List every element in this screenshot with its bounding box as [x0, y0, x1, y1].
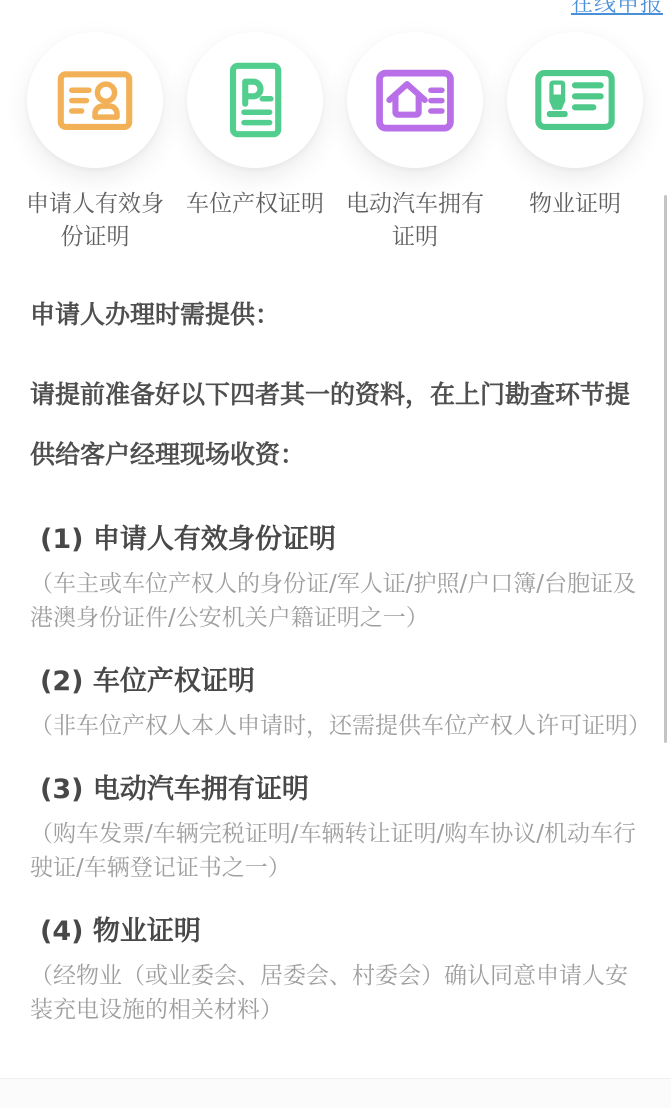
- section-property-cert: (4) 物业证明 （经物业（或业委会、居委会、村委会）确认同意申请人安装充电设施…: [30, 913, 643, 1027]
- icon-label-parking-ownership: 车位产权证明: [175, 188, 335, 254]
- section-applicant-id: (1) 申请人有效身份证明 （车主或车位产权人的身份证/军人证/护照/户口簿/台…: [30, 521, 643, 635]
- section-detail: （车主或车位产权人的身份证/军人证/护照/户口簿/台胞证及港澳身份证件/公安机关…: [30, 567, 643, 635]
- section-title: (1) 申请人有效身份证明: [30, 521, 643, 559]
- section-title: (4) 物业证明: [30, 913, 643, 951]
- section-detail: （购车发票/车辆完税证明/车辆转让证明/购车协议/机动车行驶证/车辆登记证书之一…: [30, 817, 643, 885]
- icon-label-property-cert: 物业证明: [495, 188, 655, 254]
- intro-paragraph-line2: 供给客户经理现场收资：: [30, 425, 643, 485]
- section-title: (2) 车位产权证明: [30, 663, 643, 701]
- certificate-label-row: 申请人有效身份证明 车位产权证明 电动汽车拥有证明 物业证明: [0, 188, 671, 254]
- icon-item-applicant-id[interactable]: [15, 32, 175, 168]
- charging-pile-card-icon[interactable]: [507, 32, 643, 168]
- section-detail: （经物业（或业委会、居委会、村委会）确认同意申请人安装充电设施的相关材料）: [30, 959, 643, 1027]
- intro-paragraph: 请提前准备好以下四者其一的资料，在上门勘查环节提 供给客户经理现场收资：: [30, 365, 643, 485]
- certificate-icon-row: [0, 0, 671, 168]
- icon-item-ev-ownership[interactable]: [335, 32, 495, 168]
- bottom-divider-strip: [0, 1078, 671, 1108]
- vertical-scrollbar[interactable]: [664, 195, 667, 743]
- icon-item-property-cert[interactable]: [495, 32, 655, 168]
- section-title: (3) 电动汽车拥有证明: [30, 771, 643, 809]
- icon-item-parking-ownership[interactable]: [175, 32, 335, 168]
- section-parking-ownership: (2) 车位产权证明 （非车位产权人本人申请时，还需提供车位产权人许可证明）: [30, 663, 643, 743]
- icon-label-ev-ownership: 电动汽车拥有证明: [335, 188, 495, 254]
- intro-heading: 申请人办理时需提供：: [30, 285, 643, 345]
- top-right-link[interactable]: 在线申报: [571, 0, 663, 18]
- house-card-icon[interactable]: [347, 32, 483, 168]
- requirements-page: 在线申报: [0, 0, 671, 1108]
- section-detail: （非车位产权人本人申请时，还需提供车位产权人许可证明）: [30, 709, 643, 743]
- id-card-icon[interactable]: [27, 32, 163, 168]
- icon-label-applicant-id: 申请人有效身份证明: [15, 188, 175, 254]
- intro-paragraph-line1: 请提前准备好以下四者其一的资料，在上门勘查环节提: [30, 365, 643, 425]
- requirements-text: 申请人办理时需提供： 请提前准备好以下四者其一的资料，在上门勘查环节提 供给客户…: [0, 285, 671, 1027]
- section-ev-ownership: (3) 电动汽车拥有证明 （购车发票/车辆完税证明/车辆转让证明/购车协议/机动…: [30, 771, 643, 885]
- parking-document-icon[interactable]: [187, 32, 323, 168]
